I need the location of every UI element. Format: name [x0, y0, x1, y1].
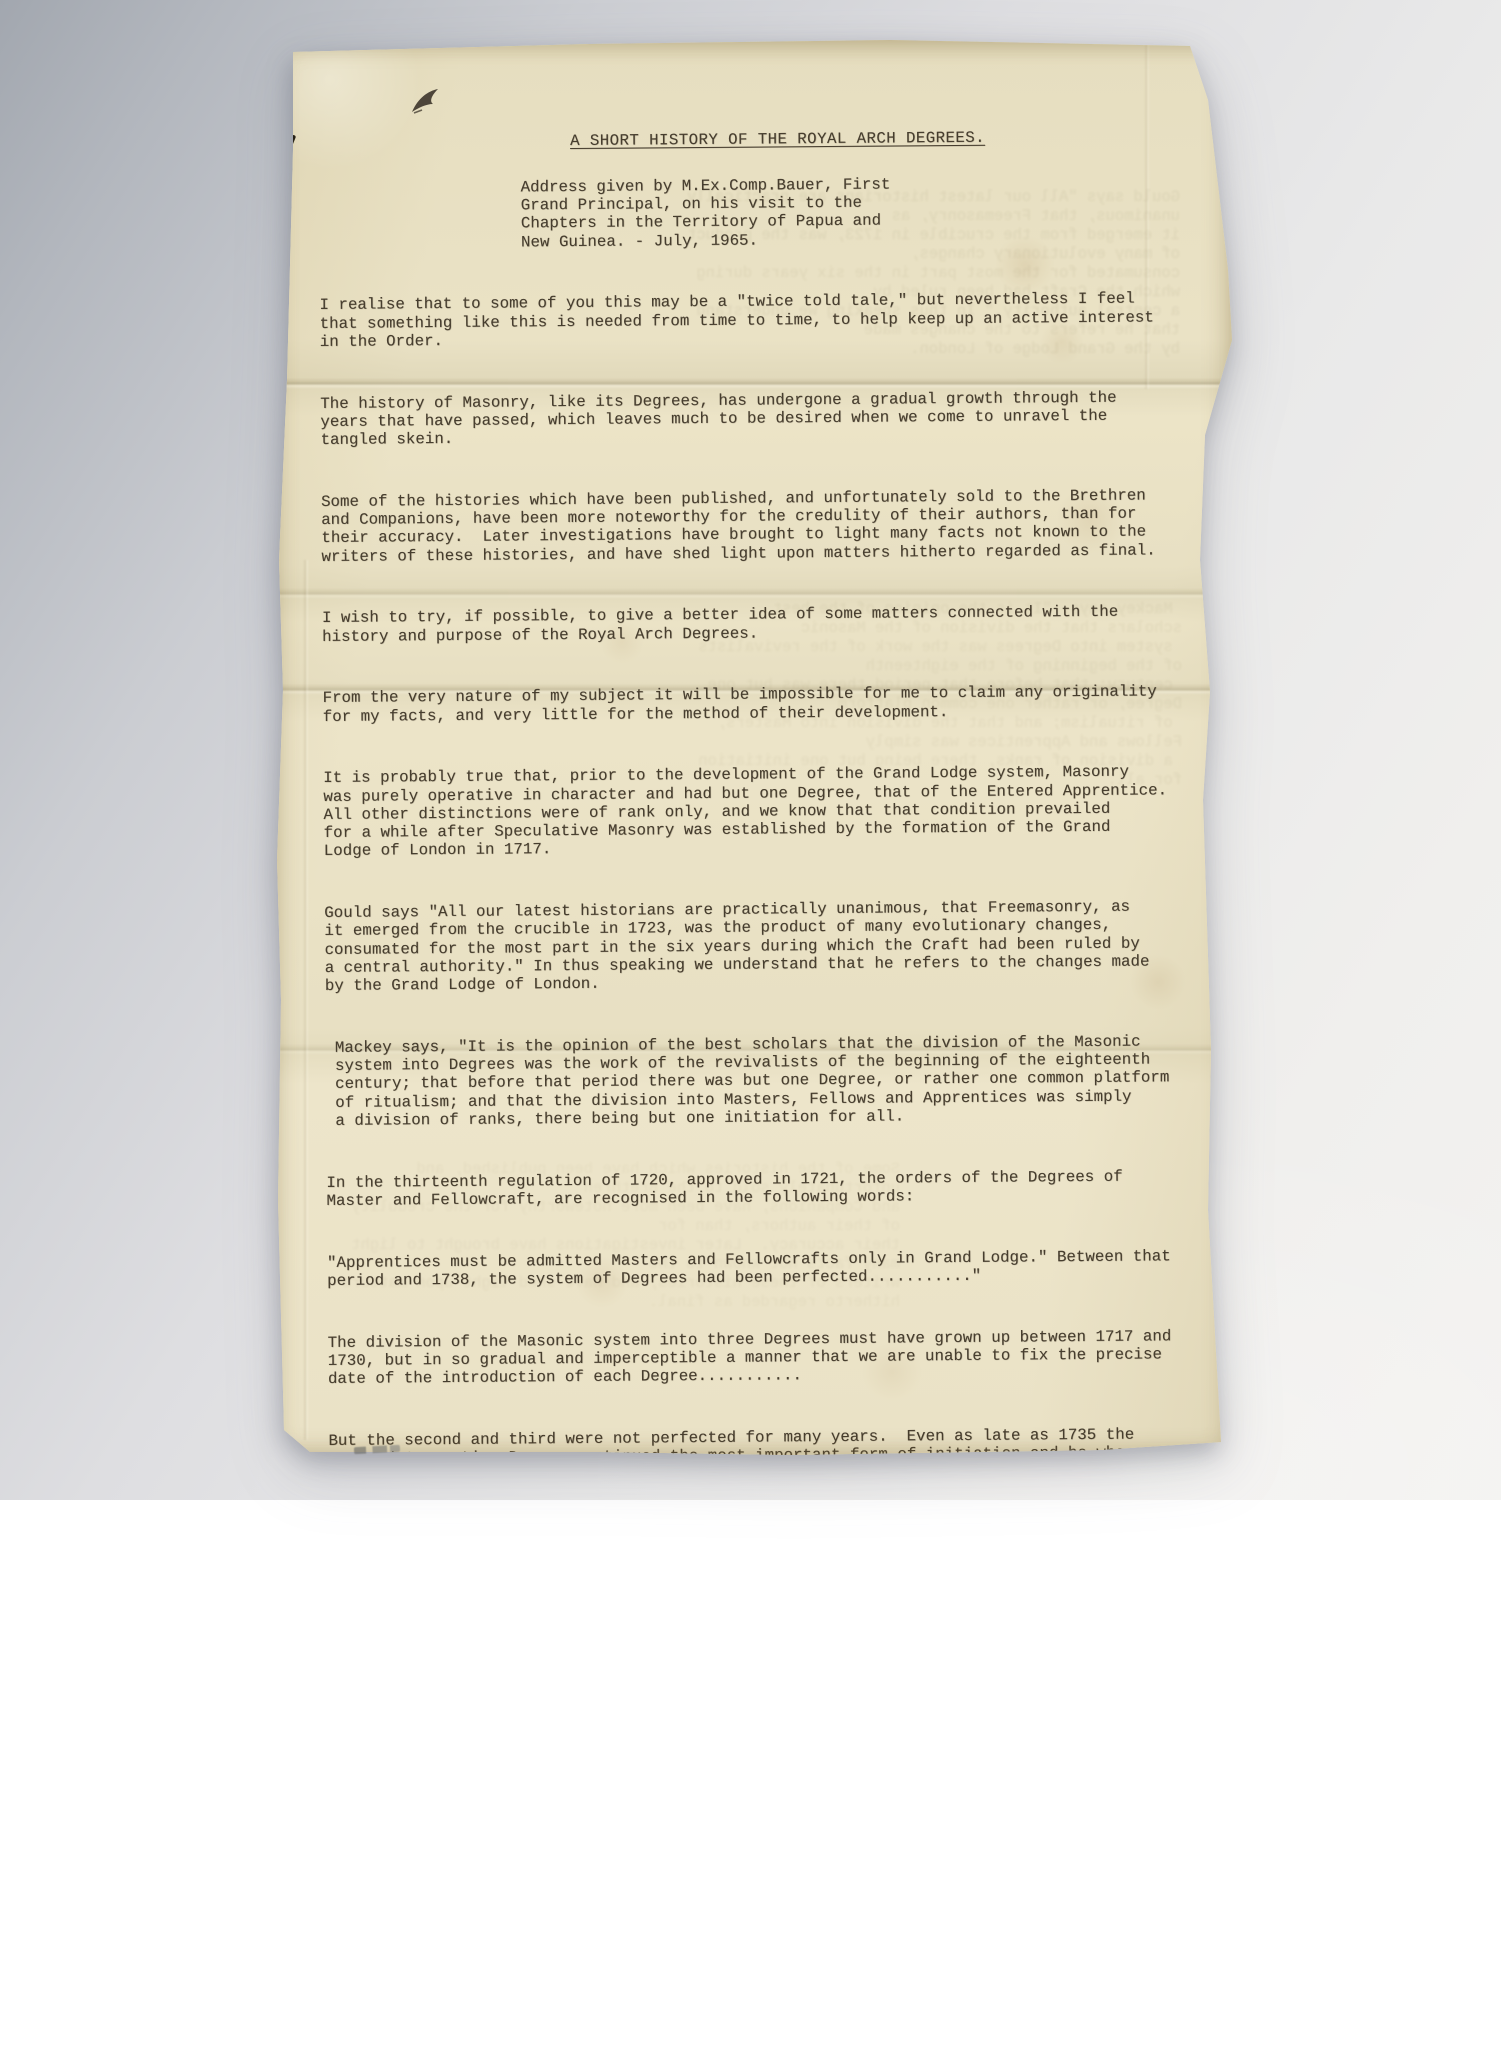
staple-mark [280, 134, 296, 167]
paragraph: "Apprentices must be admitted Masters an… [327, 1247, 1213, 1290]
document-paper: Gould says "All our latest historians ar… [270, 40, 1238, 1460]
ink-squiggle-mark [408, 86, 442, 116]
paragraph: It is probably true that, prior to the d… [323, 762, 1210, 860]
paragraph: I wish to try, if possible, to give a be… [322, 602, 1208, 645]
fold-crease-vertical [303, 560, 309, 1440]
document-title: A SHORT HISTORY OF THE ROYAL ARCH DEGREE… [570, 129, 985, 151]
paragraph: From the very nature of my subject it wi… [323, 682, 1209, 725]
paragraph: Mackey says, "It is the opinion of the b… [325, 1032, 1212, 1130]
paragraph: But the second and third were not perfec… [328, 1425, 1215, 1500]
paragraph: The division of the Masonic system into … [328, 1327, 1214, 1389]
document-byline: Address given by M.Ex.Comp.Bauer, First … [520, 173, 1205, 251]
photo-background: Gould says "All our latest historians ar… [0, 0, 1501, 1500]
typed-text-block: A SHORT HISTORY OF THE ROYAL ARCH DEGREE… [318, 109, 1219, 1500]
paragraph: Some of the histories which have been pu… [321, 486, 1208, 566]
paragraph: Gould says "All our latest historians ar… [324, 897, 1211, 995]
paragraph: The history of Masonry, like its Degrees… [320, 388, 1206, 450]
paragraph: I realise that to some of you this may b… [319, 289, 1205, 351]
paragraph: In the thirteenth regulation of 1720, ap… [326, 1167, 1212, 1210]
paper-shadow-wrap: Gould says "All our latest historians ar… [270, 40, 1238, 1460]
